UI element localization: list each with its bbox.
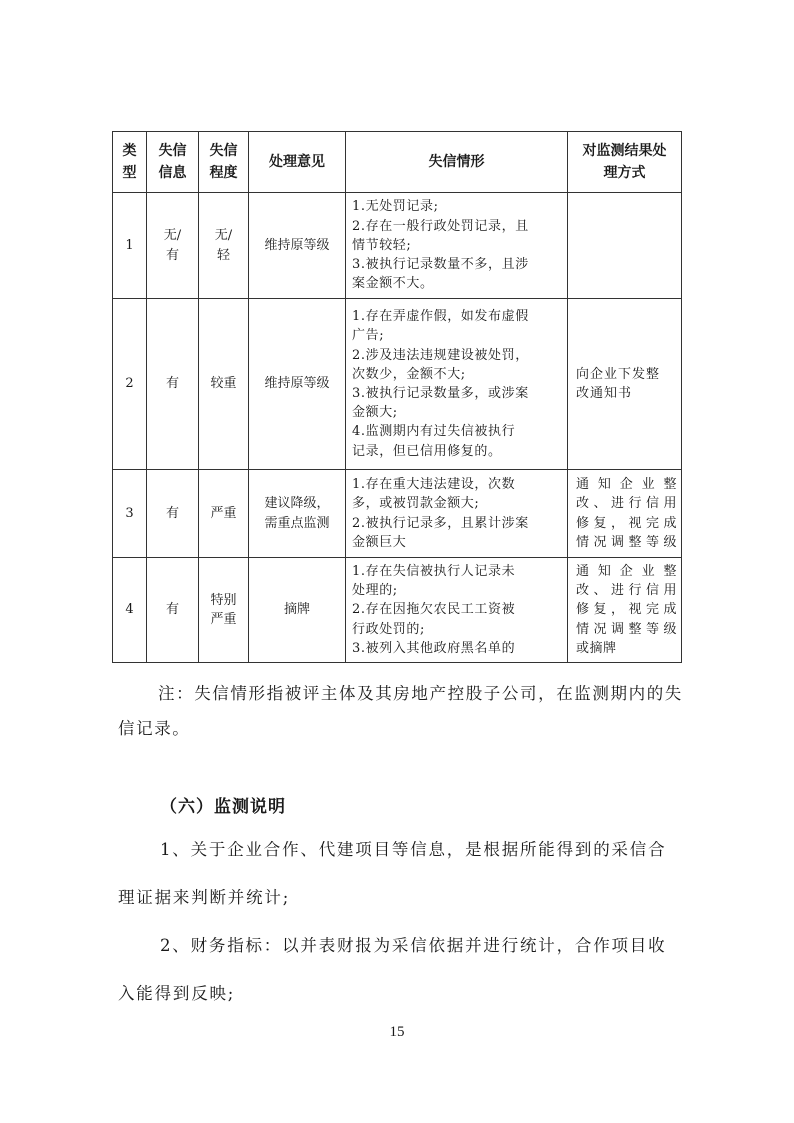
cell-action: 通知企业整 改、进行信用 修复，视完成 情况调整等级 — [568, 470, 682, 558]
cell-type: 1 — [113, 193, 147, 299]
cell-degree: 无/轻 — [199, 193, 249, 299]
cell-opinion: 建议降级，需重点监测 — [249, 470, 346, 558]
header-opinion: 处理意见 — [249, 132, 346, 193]
cell-type: 2 — [113, 299, 147, 470]
section-paragraph: 1、关于企业合作、代建项目等信息，是根据所能得到的采信合理证据来判断并统计; — [118, 826, 684, 922]
cell-type: 4 — [113, 558, 147, 663]
table-row: 3 有 严重 建议降级，需重点监测 1.存在重大违法建设，次数 多，或被罚款金额… — [113, 470, 682, 558]
table-note: 注：失信情形指被评主体及其房地产控股子公司，在监测期内的失信记录。 — [118, 676, 684, 746]
cell-conditions: 1.存在重大违法建设，次数 多，或被罚款金额大; 2.被执行记录多，且累计涉案 … — [346, 470, 568, 558]
cell-conditions: 1.存在弄虚作假，如发布虚假 广告; 2.涉及违法违规建设被处罚， 次数少，金额… — [346, 299, 568, 470]
page-number: 15 — [0, 1024, 794, 1041]
document-page: 类型 失信信息 失信程度 处理意见 失信情形 对监测结果处理方式 1 无/有 无… — [0, 0, 794, 1123]
table-row: 4 有 特别严重 摘牌 1.存在失信被执行人记录未 处理的; 2.存在因拖欠农民… — [113, 558, 682, 663]
credit-monitoring-table: 类型 失信信息 失信程度 处理意见 失信情形 对监测结果处理方式 1 无/有 无… — [112, 131, 682, 663]
cell-degree: 特别严重 — [199, 558, 249, 663]
cell-degree: 严重 — [199, 470, 249, 558]
header-type: 类型 — [113, 132, 147, 193]
header-info: 失信信息 — [147, 132, 199, 193]
section-paragraph: 2、财务指标：以并表财报为采信依据并进行统计，合作项目收入能得到反映; — [118, 922, 684, 1018]
header-degree: 失信程度 — [199, 132, 249, 193]
cell-opinion: 摘牌 — [249, 558, 346, 663]
cell-conditions: 1.无处罚记录; 2.存在一般行政处罚记录，且 情节较轻; 3.被执行记录数量不… — [346, 193, 568, 299]
cell-action: 向企业下发整 改通知书 — [568, 299, 682, 470]
section-heading: （六）监测说明 — [160, 792, 286, 817]
cell-opinion: 维持原等级 — [249, 299, 346, 470]
table-header-row: 类型 失信信息 失信程度 处理意见 失信情形 对监测结果处理方式 — [113, 132, 682, 193]
cell-opinion: 维持原等级 — [249, 193, 346, 299]
cell-action: 通知企业整 改、进行信用 修复，视完成 情况调整等级 或摘牌 — [568, 558, 682, 663]
header-action: 对监测结果处理方式 — [568, 132, 682, 193]
cell-type: 3 — [113, 470, 147, 558]
cell-conditions: 1.存在失信被执行人记录未 处理的; 2.存在因拖欠农民工工资被 行政处罚的; … — [346, 558, 568, 663]
cell-info: 无/有 — [147, 193, 199, 299]
cell-action — [568, 193, 682, 299]
cell-info: 有 — [147, 558, 199, 663]
cell-info: 有 — [147, 299, 199, 470]
table-row: 2 有 较重 维持原等级 1.存在弄虚作假，如发布虚假 广告; 2.涉及违法违规… — [113, 299, 682, 470]
cell-info: 有 — [147, 470, 199, 558]
header-conditions: 失信情形 — [346, 132, 568, 193]
cell-degree: 较重 — [199, 299, 249, 470]
table-row: 1 无/有 无/轻 维持原等级 1.无处罚记录; 2.存在一般行政处罚记录，且 … — [113, 193, 682, 299]
